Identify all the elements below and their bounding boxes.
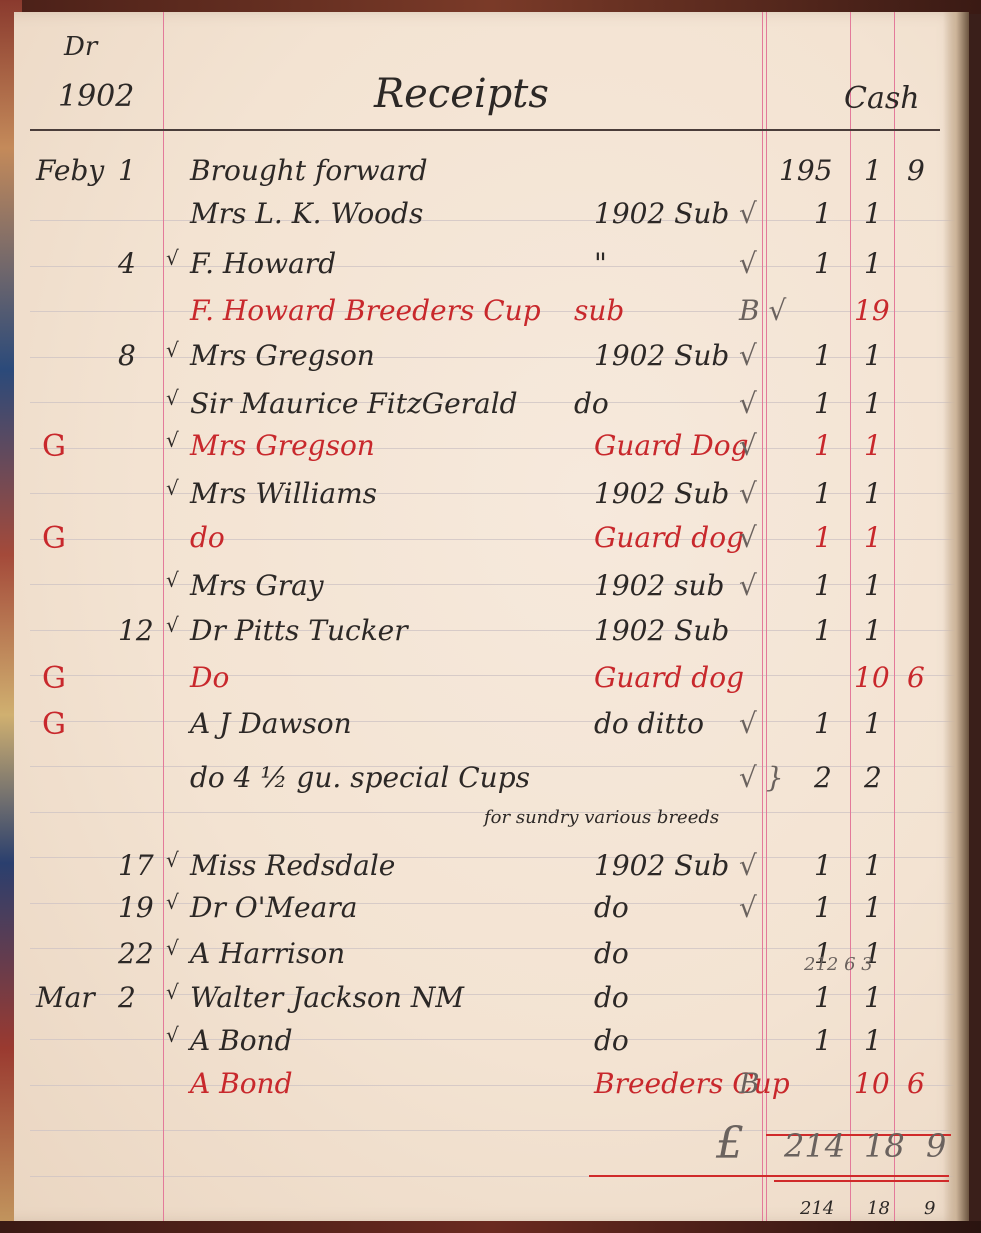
amount-shillings: 1 xyxy=(864,894,882,922)
amount-shillings: 1 xyxy=(864,984,882,1012)
book-bottom-edge xyxy=(0,1221,981,1233)
amount-pounds: 1 xyxy=(814,617,832,645)
amount-pounds: 1 xyxy=(814,572,832,600)
entry-day: 12 xyxy=(118,617,154,645)
entry-name: Do xyxy=(190,664,229,692)
audit-mark: √ xyxy=(739,342,757,370)
amount-pounds: 1 xyxy=(814,390,832,418)
tick-mark: √ xyxy=(166,388,179,408)
amount-shillings: 10 xyxy=(854,1070,890,1098)
audit-mark: √ } xyxy=(739,764,784,792)
entry-description: Guard dog xyxy=(594,664,744,692)
entry-name: Walter Jackson NM xyxy=(190,984,464,1012)
pounds-rule-a xyxy=(762,12,763,1222)
entry-name: F. Howard xyxy=(190,250,336,278)
amount-pounds: 1 xyxy=(814,480,832,508)
entry-description: do xyxy=(594,940,629,968)
amount-pounds: 1 xyxy=(814,852,832,880)
amount-pence: 6 xyxy=(907,1070,925,1098)
amount-shillings: 1 xyxy=(864,1027,882,1055)
entry-description: sub xyxy=(574,297,624,325)
tick-mark: √ xyxy=(166,570,179,590)
entry-description: do xyxy=(594,1027,629,1055)
amount-pounds: 1 xyxy=(814,250,832,278)
audit-mark: B √ xyxy=(739,297,786,325)
entry-description: do ditto xyxy=(594,710,704,738)
entry-description: do xyxy=(594,984,629,1012)
amount-shillings: 1 xyxy=(864,480,882,508)
cash-label: Cash xyxy=(844,84,920,114)
shillings-rule xyxy=(850,12,851,1222)
amount-shillings: 1 xyxy=(864,852,882,880)
entry-note: for sundry various breeds xyxy=(484,809,719,827)
carried-pounds: 214 xyxy=(800,1200,834,1218)
amount-pounds: 1 xyxy=(814,1027,832,1055)
entry-description: Guard dog xyxy=(594,524,744,552)
entry-name: do 4 ½ gu. special Cups xyxy=(190,764,530,792)
entry-description: 1902 Sub xyxy=(594,342,729,370)
entry-day: 4 xyxy=(118,250,136,278)
audit-mark: B xyxy=(739,1070,760,1098)
entry-description: Breeders Cup xyxy=(594,1070,790,1098)
pencil-subtotal: 212 6 3 xyxy=(804,956,873,974)
entry-description: do xyxy=(574,390,609,418)
entry-name: Mrs Gregson xyxy=(190,432,375,460)
amount-shillings: 1 xyxy=(864,390,882,418)
margin-rule xyxy=(163,12,164,1222)
entry-name: Miss Redsdale xyxy=(190,852,395,880)
amount-shillings: 2 xyxy=(864,764,882,792)
total-currency: £ xyxy=(716,1122,744,1166)
pounds-rule-b xyxy=(766,12,767,1222)
audit-mark: √ xyxy=(739,200,757,228)
amount-pounds: 1 xyxy=(814,984,832,1012)
audit-mark: √ xyxy=(739,432,757,460)
total-double-rule-a xyxy=(589,1175,949,1177)
amount-shillings: 1 xyxy=(864,200,882,228)
ruled-line xyxy=(30,675,955,676)
audit-mark: √ xyxy=(739,710,757,738)
page-curl-shadow xyxy=(943,12,969,1222)
amount-shillings: 1 xyxy=(864,617,882,645)
amount-shillings: 1 xyxy=(864,250,882,278)
audit-mark: √ xyxy=(739,524,757,552)
entry-day: 22 xyxy=(118,940,154,968)
tick-mark: √ xyxy=(166,982,179,1002)
entry-name: Brought forward xyxy=(190,157,428,185)
entry-day: 8 xyxy=(118,342,136,370)
tick-mark: √ xyxy=(166,892,179,912)
entry-name: Mrs Gregson xyxy=(190,342,375,370)
amount-shillings: 1 xyxy=(864,157,882,185)
carried-pence: 9 xyxy=(924,1200,935,1218)
total-pounds: 214 xyxy=(784,1130,845,1162)
amount-shillings: 1 xyxy=(864,572,882,600)
header-underline xyxy=(30,129,940,131)
guard-dog-margin-mark: G xyxy=(42,710,66,740)
guard-dog-margin-mark: G xyxy=(42,432,66,462)
amount-pounds: 1 xyxy=(814,342,832,370)
entry-name: A Bond xyxy=(190,1070,293,1098)
amount-pounds: 1 xyxy=(814,432,832,460)
amount-shillings: 1 xyxy=(864,524,882,552)
entry-name: do xyxy=(190,524,225,552)
entry-name: Mrs Gray xyxy=(190,572,324,600)
audit-mark: √ xyxy=(739,480,757,508)
tick-mark: √ xyxy=(166,1025,179,1045)
amount-shillings: 1 xyxy=(864,432,882,460)
amount-pounds: 2 xyxy=(814,764,832,792)
total-pence: 9 xyxy=(926,1130,946,1162)
total-double-rule-b xyxy=(774,1180,949,1182)
entry-day: 17 xyxy=(118,852,154,880)
entry-month: Feby xyxy=(36,157,104,185)
entry-name: A Bond xyxy=(190,1027,293,1055)
amount-shillings: 1 xyxy=(864,342,882,370)
amount-pounds: 1 xyxy=(814,894,832,922)
audit-mark: √ xyxy=(739,894,757,922)
amount-pence: 6 xyxy=(907,664,925,692)
amount-shillings: 1 xyxy=(864,710,882,738)
tick-mark: √ xyxy=(166,340,179,360)
dr-label: Dr xyxy=(64,34,97,60)
amount-shillings: 19 xyxy=(854,297,890,325)
amount-pounds: 1 xyxy=(814,200,832,228)
amount-pounds: 1 xyxy=(814,524,832,552)
total-shillings: 18 xyxy=(864,1130,905,1162)
entry-name: Dr O'Meara xyxy=(190,894,357,922)
tick-mark: √ xyxy=(166,615,179,635)
audit-mark: √ xyxy=(739,852,757,880)
tick-mark: √ xyxy=(166,938,179,958)
audit-mark: √ xyxy=(739,390,757,418)
entry-description: 1902 Sub xyxy=(594,200,729,228)
entry-day: 2 xyxy=(118,984,136,1012)
tick-mark: √ xyxy=(166,248,179,268)
guard-dog-margin-mark: G xyxy=(42,664,66,694)
tick-mark: √ xyxy=(166,430,179,450)
pence-rule xyxy=(894,12,895,1222)
entry-name: Mrs Williams xyxy=(190,480,377,508)
carried-shillings: 18 xyxy=(867,1200,890,1218)
entry-description: 1902 Sub xyxy=(594,852,729,880)
year-heading: 1902 xyxy=(58,82,134,112)
entry-month: Mar xyxy=(36,984,95,1012)
entry-name: A Harrison xyxy=(190,940,345,968)
page-title: Receipts xyxy=(374,74,549,114)
entry-description: 1902 Sub xyxy=(594,480,729,508)
tick-mark: √ xyxy=(166,478,179,498)
tick-mark: √ xyxy=(166,850,179,870)
amount-pounds: 1 xyxy=(814,710,832,738)
entry-description: do xyxy=(594,894,629,922)
amount-shillings: 10 xyxy=(854,664,890,692)
guard-dog-margin-mark: G xyxy=(42,524,66,554)
amount-pounds: 195 xyxy=(779,157,832,185)
entry-name: Dr Pitts Tucker xyxy=(190,617,408,645)
ledger-page: Dr 1902 Receipts Cash Feby1Brought forwa… xyxy=(14,12,969,1222)
entry-day: 1 xyxy=(118,157,136,185)
amount-pence: 9 xyxy=(907,157,925,185)
entry-description: 1902 Sub xyxy=(594,617,729,645)
entry-description: Guard Dog xyxy=(594,432,749,460)
entry-name: Sir Maurice FitzGerald xyxy=(190,390,518,418)
audit-mark: √ xyxy=(739,572,757,600)
entry-name: Mrs L. K. Woods xyxy=(190,200,423,228)
entry-name: F. Howard Breeders Cup xyxy=(190,297,541,325)
entry-name: A J Dawson xyxy=(190,710,352,738)
audit-mark: √ xyxy=(739,250,757,278)
entry-description: " xyxy=(594,250,607,278)
entry-day: 19 xyxy=(118,894,154,922)
ruled-line xyxy=(30,1085,955,1086)
entry-description: 1902 sub xyxy=(594,572,724,600)
